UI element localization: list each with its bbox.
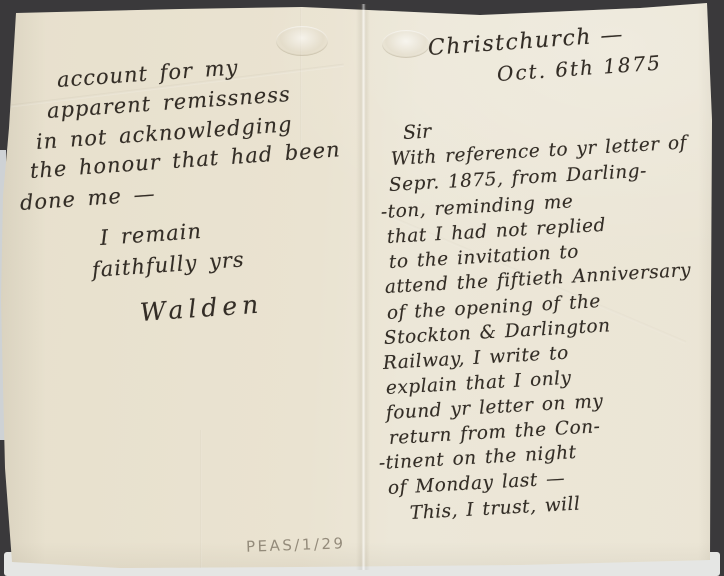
embossed-stamp-right [382,30,430,58]
embossed-stamp-left [276,26,328,56]
center-fold [356,4,370,570]
archival-reference-pencil: PEAS/1/29 [246,534,346,555]
letter-photograph: account for my apparent remissness in no… [0,0,724,576]
salutation: Sir [402,120,431,144]
